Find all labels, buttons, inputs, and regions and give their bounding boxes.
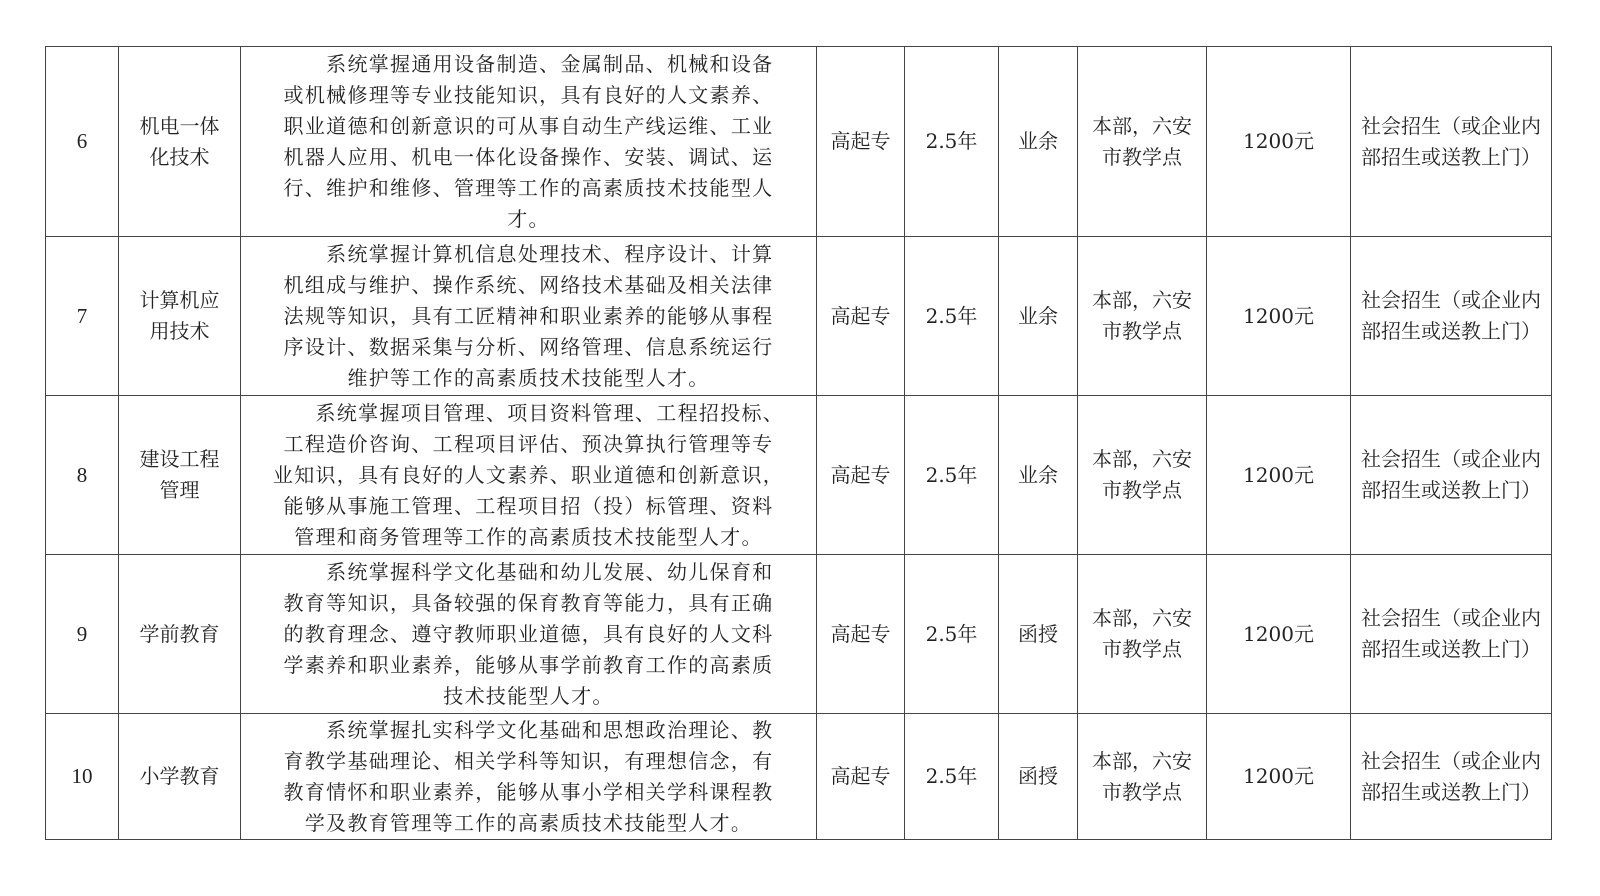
- major-name-line: 建设工程: [140, 447, 220, 471]
- row-number: 6: [77, 129, 88, 153]
- description-line: 机器人应用、机电一体化设备操作、安装、调试、运: [241, 142, 816, 173]
- study-duration: 2.5年: [926, 764, 978, 788]
- major-name-line: 计算机应: [140, 288, 220, 312]
- tuition: 1200元: [1243, 764, 1314, 788]
- duration-cell: 2.5年: [905, 396, 999, 555]
- description-line: 学及教育管理等工作的高素质技术技能型人才。: [241, 808, 816, 839]
- description-cell: 系统掌握计算机信息处理技术、程序设计、计算机组成与维护、操作系统、网络技术基础及…: [241, 237, 817, 396]
- education-level: 高起专: [831, 304, 891, 328]
- description-line: 业知识，具有良好的人文素养、职业道德和创新意识，: [241, 460, 816, 491]
- enrollment-cell: 社会招生（或企业内部招生或送教上门）: [1351, 714, 1552, 840]
- table-row: 9学前教育 系统掌握科学文化基础和幼儿发展、幼儿保育和教育等知识，具备较强的保育…: [46, 555, 1552, 714]
- description-cell: 系统掌握通用设备制造、金属制品、机械和设备或机械修理等专业技能知识，具有良好的人…: [241, 47, 817, 237]
- level-cell: 高起专: [817, 714, 905, 840]
- program-table: 6机电一体化技术 系统掌握通用设备制造、金属制品、机械和设备或机械修理等专业技能…: [45, 46, 1552, 840]
- location-cell: 本部，六安市教学点: [1078, 47, 1207, 237]
- row-number-cell: 7: [46, 237, 119, 396]
- description-cell: 系统掌握扎实科学文化基础和思想政治理论、教育教学基础理论、相关学科等知识，有理想…: [241, 714, 817, 840]
- description-cell: 系统掌握科学文化基础和幼儿发展、幼儿保育和教育等知识，具备较强的保育教育等能力，…: [241, 555, 817, 714]
- description-line: 教育情怀和职业素养，能够从事小学相关学科课程教: [241, 777, 816, 808]
- description-cell: 系统掌握项目管理、项目资料管理、工程招投标、工程造价咨询、工程项目评估、预决算执…: [241, 396, 817, 555]
- location-line: 本部，六安: [1092, 749, 1192, 773]
- study-duration: 2.5年: [926, 622, 978, 646]
- study-form-cell: 业余: [999, 237, 1078, 396]
- description-line: 技术技能型人才。: [241, 681, 816, 712]
- tuition-cell: 1200元: [1207, 396, 1351, 555]
- major-name-line: 机电一体: [140, 114, 220, 138]
- study-form: 业余: [1018, 463, 1058, 487]
- description-line: 机组成与维护、操作系统、网络技术基础及相关法律: [241, 270, 816, 301]
- table-row: 10小学教育 系统掌握扎实科学文化基础和思想政治理论、教育教学基础理论、相关学科…: [46, 714, 1552, 840]
- enrollment-method-line: 部招生或送教上门）: [1361, 319, 1541, 343]
- row-number-cell: 6: [46, 47, 119, 237]
- location-line: 市教学点: [1102, 478, 1182, 502]
- enrollment-cell: 社会招生（或企业内部招生或送教上门）: [1351, 396, 1552, 555]
- location-line: 市教学点: [1102, 319, 1182, 343]
- tuition-cell: 1200元: [1207, 555, 1351, 714]
- major-cell: 小学教育: [119, 714, 241, 840]
- major-name-line: 小学教育: [140, 764, 220, 788]
- enrollment-cell: 社会招生（或企业内部招生或送教上门）: [1351, 237, 1552, 396]
- major-name-line: 用技术: [150, 319, 210, 343]
- study-duration: 2.5年: [926, 463, 978, 487]
- tuition: 1200元: [1243, 129, 1314, 153]
- row-number-cell: 10: [46, 714, 119, 840]
- row-number-cell: 8: [46, 396, 119, 555]
- education-level: 高起专: [831, 463, 891, 487]
- tuition: 1200元: [1243, 463, 1314, 487]
- study-form: 业余: [1018, 129, 1058, 153]
- level-cell: 高起专: [817, 47, 905, 237]
- description-line: 序设计、数据采集与分析、网络管理、信息系统运行: [241, 332, 816, 363]
- study-form-cell: 函授: [999, 555, 1078, 714]
- table-row: 6机电一体化技术 系统掌握通用设备制造、金属制品、机械和设备或机械修理等专业技能…: [46, 47, 1552, 237]
- description-line: 系统掌握项目管理、项目资料管理、工程招投标、: [241, 398, 816, 429]
- tuition-cell: 1200元: [1207, 237, 1351, 396]
- description-line: 或机械修理等专业技能知识，具有良好的人文素养、: [241, 80, 816, 111]
- table-row: 8建设工程管理 系统掌握项目管理、项目资料管理、工程招投标、工程造价咨询、工程项…: [46, 396, 1552, 555]
- study-duration: 2.5年: [926, 129, 978, 153]
- description-line: 系统掌握通用设备制造、金属制品、机械和设备: [241, 49, 816, 80]
- study-form: 函授: [1018, 764, 1058, 788]
- description-line: 行、维护和维修、管理等工作的高素质技术技能型人: [241, 173, 816, 204]
- major-name-line: 化技术: [150, 145, 210, 169]
- enrollment-method-line: 社会招生（或企业内: [1361, 288, 1541, 312]
- level-cell: 高起专: [817, 555, 905, 714]
- location-line: 本部，六安: [1092, 114, 1192, 138]
- description-line: 管理和商务管理等工作的高素质技术技能型人才。: [241, 522, 816, 553]
- duration-cell: 2.5年: [905, 47, 999, 237]
- description-line: 教育等知识，具备较强的保育教育等能力，具有正确: [241, 588, 816, 619]
- enrollment-method-line: 社会招生（或企业内: [1361, 114, 1541, 138]
- description-line: 的教育理念、遵守教师职业道德，具有良好的人文科: [241, 619, 816, 650]
- location-cell: 本部，六安市教学点: [1078, 555, 1207, 714]
- tuition-cell: 1200元: [1207, 47, 1351, 237]
- tuition: 1200元: [1243, 304, 1314, 328]
- enrollment-method-line: 社会招生（或企业内: [1361, 447, 1541, 471]
- level-cell: 高起专: [817, 237, 905, 396]
- study-form-cell: 函授: [999, 714, 1078, 840]
- major-cell: 学前教育: [119, 555, 241, 714]
- major-cell: 机电一体化技术: [119, 47, 241, 237]
- enrollment-method-line: 社会招生（或企业内: [1361, 749, 1541, 773]
- description-line: 系统掌握计算机信息处理技术、程序设计、计算: [241, 239, 816, 270]
- enrollment-cell: 社会招生（或企业内部招生或送教上门）: [1351, 47, 1552, 237]
- study-form-cell: 业余: [999, 47, 1078, 237]
- row-number: 9: [77, 622, 88, 646]
- description-line: 工程造价咨询、工程项目评估、预决算执行管理等专: [241, 429, 816, 460]
- description-line: 法规等知识，具有工匠精神和职业素养的能够从事程: [241, 301, 816, 332]
- tuition-cell: 1200元: [1207, 714, 1351, 840]
- row-number: 8: [77, 463, 88, 487]
- duration-cell: 2.5年: [905, 555, 999, 714]
- location-cell: 本部，六安市教学点: [1078, 396, 1207, 555]
- tuition: 1200元: [1243, 622, 1314, 646]
- description-line: 系统掌握科学文化基础和幼儿发展、幼儿保育和: [241, 557, 816, 588]
- study-duration: 2.5年: [926, 304, 978, 328]
- description-line: 维护等工作的高素质技术技能型人才。: [241, 363, 816, 394]
- study-form: 函授: [1018, 622, 1058, 646]
- description-line: 育教学基础理论、相关学科等知识，有理想信念，有: [241, 746, 816, 777]
- education-level: 高起专: [831, 622, 891, 646]
- study-form-cell: 业余: [999, 396, 1078, 555]
- enrollment-method-line: 部招生或送教上门）: [1361, 780, 1541, 804]
- enrollment-method-line: 部招生或送教上门）: [1361, 637, 1541, 661]
- location-line: 市教学点: [1102, 145, 1182, 169]
- location-line: 市教学点: [1102, 637, 1182, 661]
- enrollment-method-line: 部招生或送教上门）: [1361, 145, 1541, 169]
- education-level: 高起专: [831, 129, 891, 153]
- major-name-line: 管理: [160, 478, 200, 502]
- enrollment-method-line: 部招生或送教上门）: [1361, 478, 1541, 502]
- row-number-cell: 9: [46, 555, 119, 714]
- level-cell: 高起专: [817, 396, 905, 555]
- duration-cell: 2.5年: [905, 714, 999, 840]
- description-line: 学素养和职业素养，能够从事学前教育工作的高素质: [241, 650, 816, 681]
- row-number: 7: [77, 304, 88, 328]
- study-form: 业余: [1018, 304, 1058, 328]
- description-line: 才。: [241, 204, 816, 235]
- description-line: 系统掌握扎实科学文化基础和思想政治理论、教: [241, 715, 816, 746]
- enrollment-method-line: 社会招生（或企业内: [1361, 606, 1541, 630]
- major-cell: 计算机应用技术: [119, 237, 241, 396]
- location-line: 市教学点: [1102, 780, 1182, 804]
- location-cell: 本部，六安市教学点: [1078, 237, 1207, 396]
- enrollment-cell: 社会招生（或企业内部招生或送教上门）: [1351, 555, 1552, 714]
- education-level: 高起专: [831, 764, 891, 788]
- major-name-line: 学前教育: [140, 622, 220, 646]
- description-line: 职业道德和创新意识的可从事自动生产线运维、工业: [241, 111, 816, 142]
- location-line: 本部，六安: [1092, 288, 1192, 312]
- table-body: 6机电一体化技术 系统掌握通用设备制造、金属制品、机械和设备或机械修理等专业技能…: [46, 47, 1552, 840]
- row-number: 10: [72, 764, 93, 788]
- location-line: 本部，六安: [1092, 447, 1192, 471]
- table-row: 7计算机应用技术 系统掌握计算机信息处理技术、程序设计、计算机组成与维护、操作系…: [46, 237, 1552, 396]
- major-cell: 建设工程管理: [119, 396, 241, 555]
- description-line: 能够从事施工管理、工程项目招（投）标管理、资料: [241, 491, 816, 522]
- location-cell: 本部，六安市教学点: [1078, 714, 1207, 840]
- location-line: 本部，六安: [1092, 606, 1192, 630]
- duration-cell: 2.5年: [905, 237, 999, 396]
